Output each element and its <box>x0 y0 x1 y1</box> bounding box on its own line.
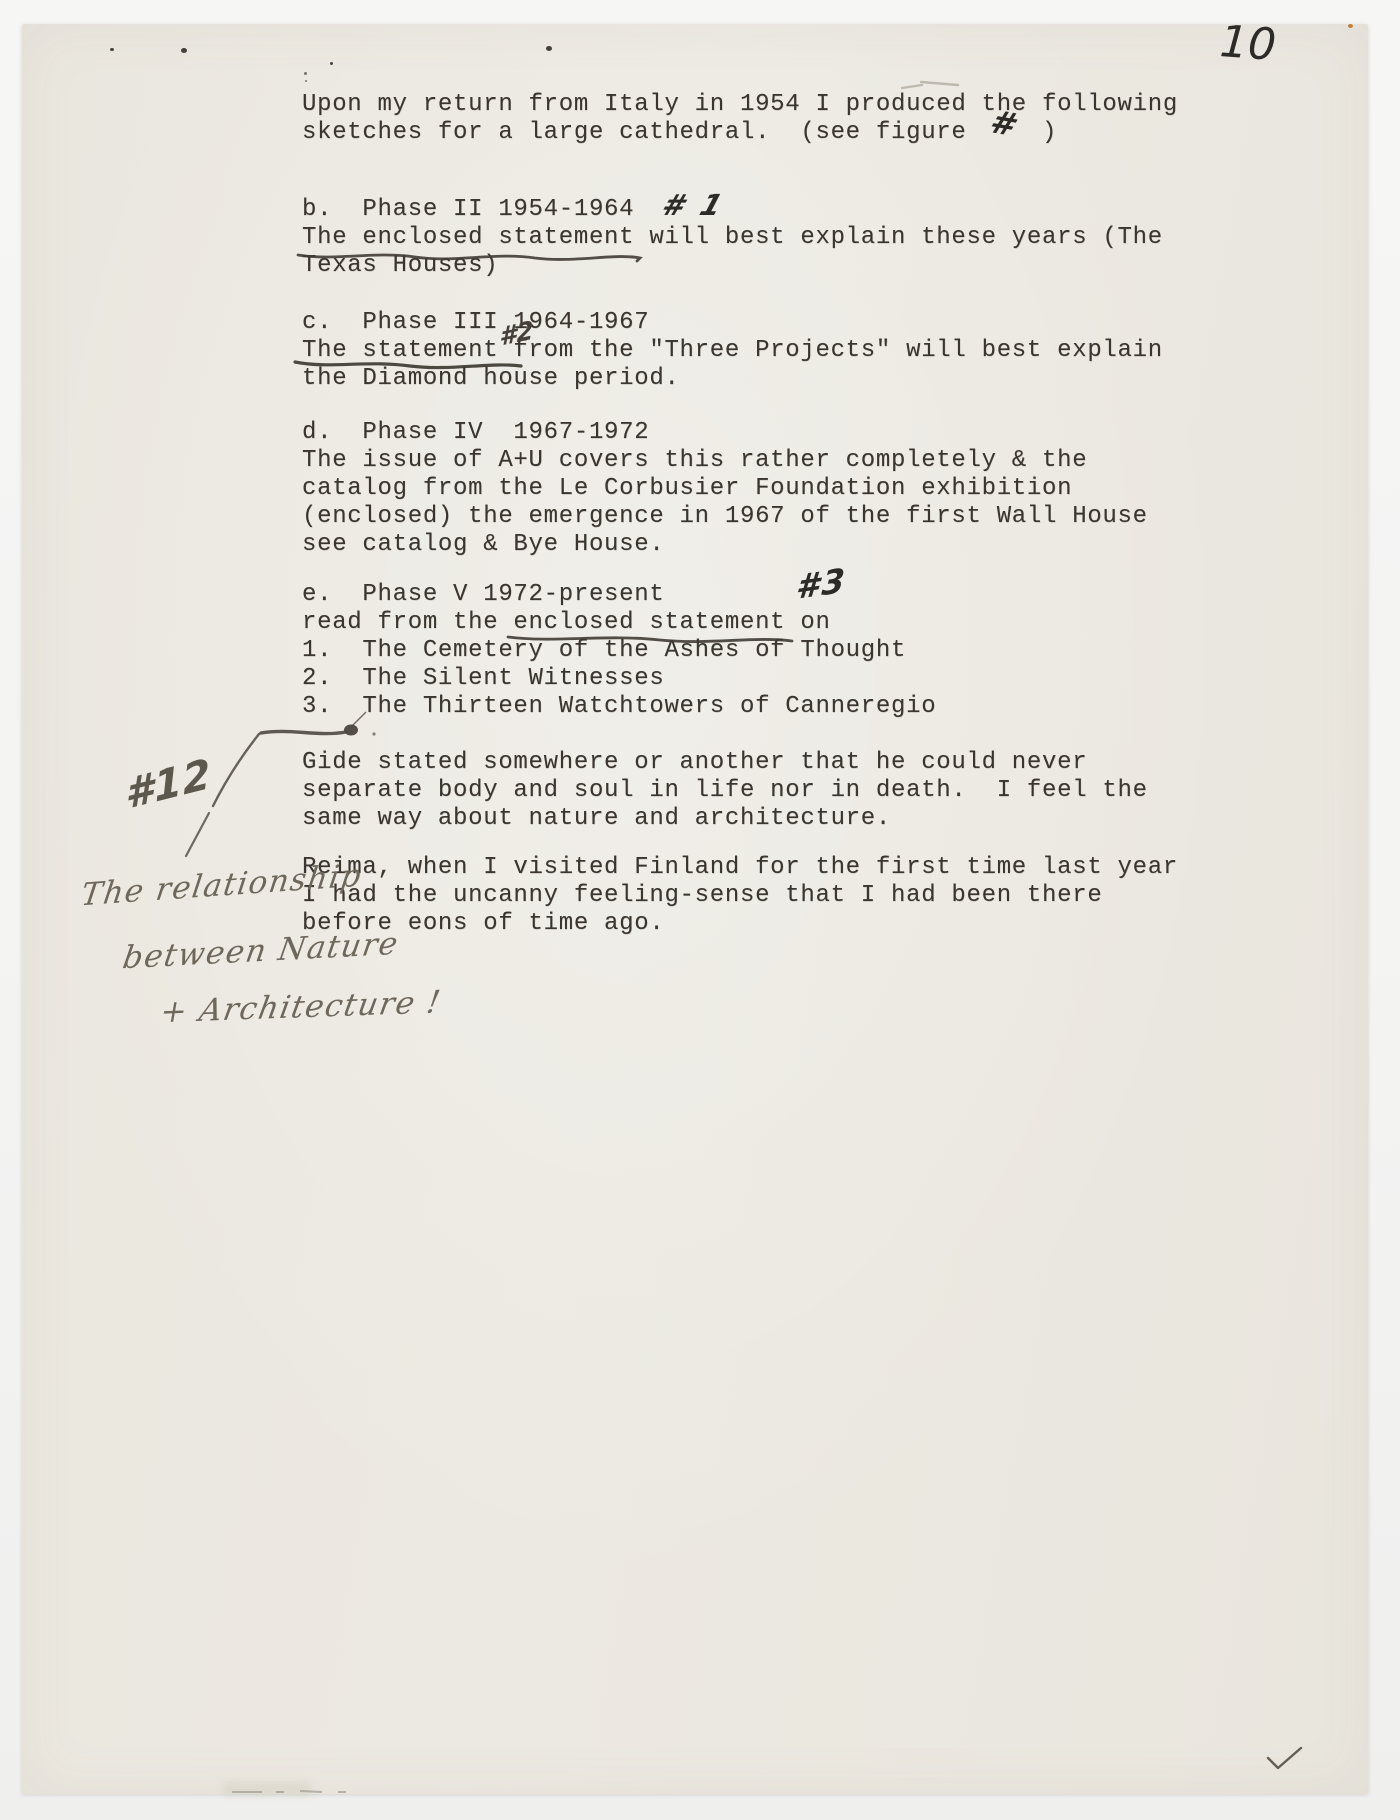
handwritten-hash-1: # 1 <box>657 188 731 222</box>
letter-page: Upon my return from Italy in 1954 I prod… <box>22 24 1368 1794</box>
faint-stamp-smudge <box>222 1782 312 1796</box>
paper-speck <box>546 46 552 51</box>
paragraph-gide: Gide stated somewhere or another that he… <box>302 749 1148 833</box>
paper-speck <box>304 72 307 75</box>
orange-speck <box>1348 24 1353 28</box>
paper-speck <box>110 48 114 51</box>
paragraph-intro: Upon my return from Italy in 1954 I prod… <box>302 91 1178 147</box>
paper-speck <box>181 48 187 53</box>
paragraph-phase5: e. Phase V 1972-present read from the en… <box>302 581 936 721</box>
paragraph-reima: Reima, when I visited Finland for the fi… <box>302 854 1178 938</box>
paper-speck <box>305 80 307 82</box>
paper-speck <box>330 62 333 65</box>
handwritten-hash-3: #3 <box>795 560 849 607</box>
paragraph-phase2: b. Phase II 1954-1964 The enclosed state… <box>302 196 1163 280</box>
paragraph-phase4: d. Phase IV 1967-1972 The issue of A+U c… <box>302 419 1148 559</box>
typed-text-layer: Upon my return from Italy in 1954 I prod… <box>22 24 1368 1794</box>
paragraph-phase3: c. Phase III 1964-1967 The statement fro… <box>302 309 1163 393</box>
handwritten-page-number: 10 <box>1218 16 1277 71</box>
